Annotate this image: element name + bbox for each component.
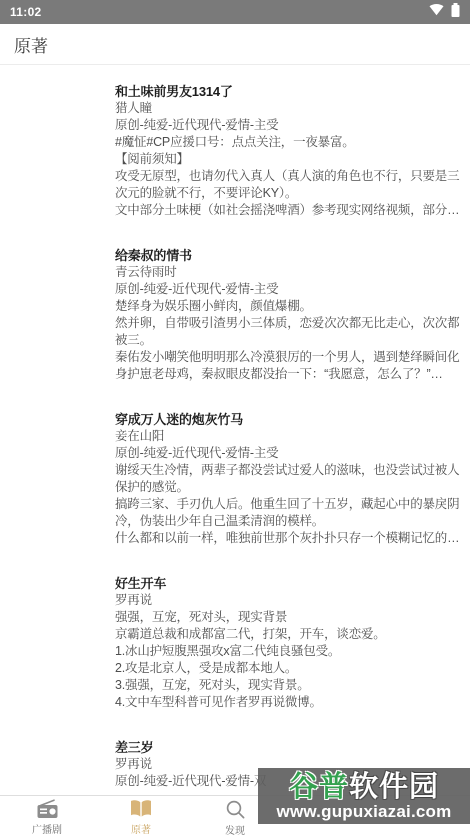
book-desc-line: 强强，互宠，死对头，现实背景	[115, 609, 460, 626]
book-desc-line: 谢绥天生冷情，两辈子都没尝试过爱人的滋味，也没尝试过被人保护的感觉。	[115, 462, 460, 496]
search-icon	[225, 799, 246, 825]
wifi-icon	[429, 3, 444, 21]
book-title: 好生开车	[115, 575, 460, 592]
book-tags: 原创-纯爱-近代现代-爱情-主受	[115, 117, 460, 134]
status-bar: 11:02	[0, 0, 470, 24]
book-tags: 原创-纯爱-近代现代-爱情-主受	[115, 445, 460, 462]
watermark-brand: 谷普软件园	[289, 772, 439, 802]
nav-label-radio-drama: 广播剧	[32, 826, 62, 836]
book-author: 青云待雨时	[115, 264, 460, 281]
book-author: 罗再说	[115, 592, 460, 609]
book-author: 妾在山阳	[115, 428, 460, 445]
book-desc-line: 然并卵，自带吸引渣男小三体质，恋爱次次都无比走心，次次都被三。	[115, 315, 460, 349]
book-desc-line: 文中部分土味梗（如社会摇浇啤酒）参考现实网络视频，部分…	[115, 202, 460, 219]
app-screen: 11:02 原著 和土味前男友1314了 猎人瞳 原创-纯爱-近代现代-爱情-主…	[0, 0, 470, 837]
nav-label-original-works: 原著	[131, 826, 151, 836]
book-desc-line: 攻受无原型，也请勿代入真人（真人演的角色也不行，只要是三次元的脸就不行，不要评论…	[115, 168, 460, 202]
book-desc-line: 搞跨三家、手刃仇人后。他重生回了十五岁，藏起心中的暴戾阴冷，伪装出少年自己温柔清…	[115, 496, 460, 530]
battery-icon	[451, 3, 460, 22]
book-desc-line: #魔怔#CP应援口号：点点关注，一夜暴富。	[115, 134, 460, 151]
nav-item-radio-drama[interactable]: 广播剧	[0, 796, 94, 837]
book-desc-line: 3.强强，互宠，死对头，现实背景。	[115, 677, 460, 694]
watermark-overlay: 谷普软件园 www.gupuxiazai.com	[258, 768, 470, 824]
book-desc-line: 京霸道总裁和成都富二代，打架，开车，谈恋爱。	[115, 626, 460, 643]
book-desc-line: 4.文中车型科普可见作者罗再说微博。	[115, 694, 460, 711]
status-time: 11:02	[10, 5, 42, 19]
book-entry[interactable]: 好生开车 罗再说 强强，互宠，死对头，现实背景 京霸道总裁和成都富二代，打架，开…	[115, 575, 460, 711]
book-entry[interactable]: 和土味前男友1314了 猎人瞳 原创-纯爱-近代现代-爱情-主受 #魔怔#CP应…	[115, 83, 460, 219]
nav-label-discover: 发现	[225, 827, 245, 837]
book-desc-line: 楚绎身为娱乐圈小鲜肉，颜值爆棚。	[115, 298, 460, 315]
book-entry[interactable]: 穿成万人迷的炮灰竹马 妾在山阳 原创-纯爱-近代现代-爱情-主受 谢绥天生冷情，…	[115, 411, 460, 547]
book-desc-line: 什么都和以前一样，唯独前世那个灰扑扑只存一个模糊记忆的…	[115, 530, 460, 547]
watermark-brand-white: 软件园	[349, 771, 439, 803]
book-desc-line: 秦佑发小嘲笑他明明那么冷漠狠厉的一个男人，遇到楚绎瞬间化身护崽老母鸡，秦叔眼皮都…	[115, 349, 460, 383]
book-desc-line: 【阅前须知】	[115, 151, 460, 168]
book-title: 和土味前男友1314了	[115, 83, 460, 100]
book-desc-line: 2.攻是北京人，受是成都本地人。	[115, 660, 460, 677]
book-list: 和土味前男友1314了 猎人瞳 原创-纯爱-近代现代-爱情-主受 #魔怔#CP应…	[0, 66, 470, 795]
radio-icon	[36, 799, 59, 824]
book-title: 差三岁	[115, 739, 460, 756]
book-title: 穿成万人迷的炮灰竹马	[115, 411, 460, 428]
book-entry[interactable]: 给秦叔的情书 青云待雨时 原创-纯爱-近代现代-爱情-主受 楚绎身为娱乐圈小鲜肉…	[115, 247, 460, 383]
book-title: 给秦叔的情书	[115, 247, 460, 264]
status-icons	[429, 3, 460, 22]
book-icon	[129, 799, 153, 824]
book-tags: 原创-纯爱-近代现代-爱情-主受	[115, 281, 460, 298]
nav-item-original-works[interactable]: 原著	[94, 796, 188, 837]
page-header: 原著	[0, 24, 470, 65]
book-author: 猎人瞳	[115, 100, 460, 117]
watermark-brand-green: 谷普	[289, 771, 349, 803]
book-desc-line: 1.冰山护短腹黑强攻x富二代纯良骚包受。	[115, 643, 460, 660]
page-title: 原著	[14, 32, 48, 57]
watermark-url: www.gupuxiazai.com	[277, 802, 452, 821]
